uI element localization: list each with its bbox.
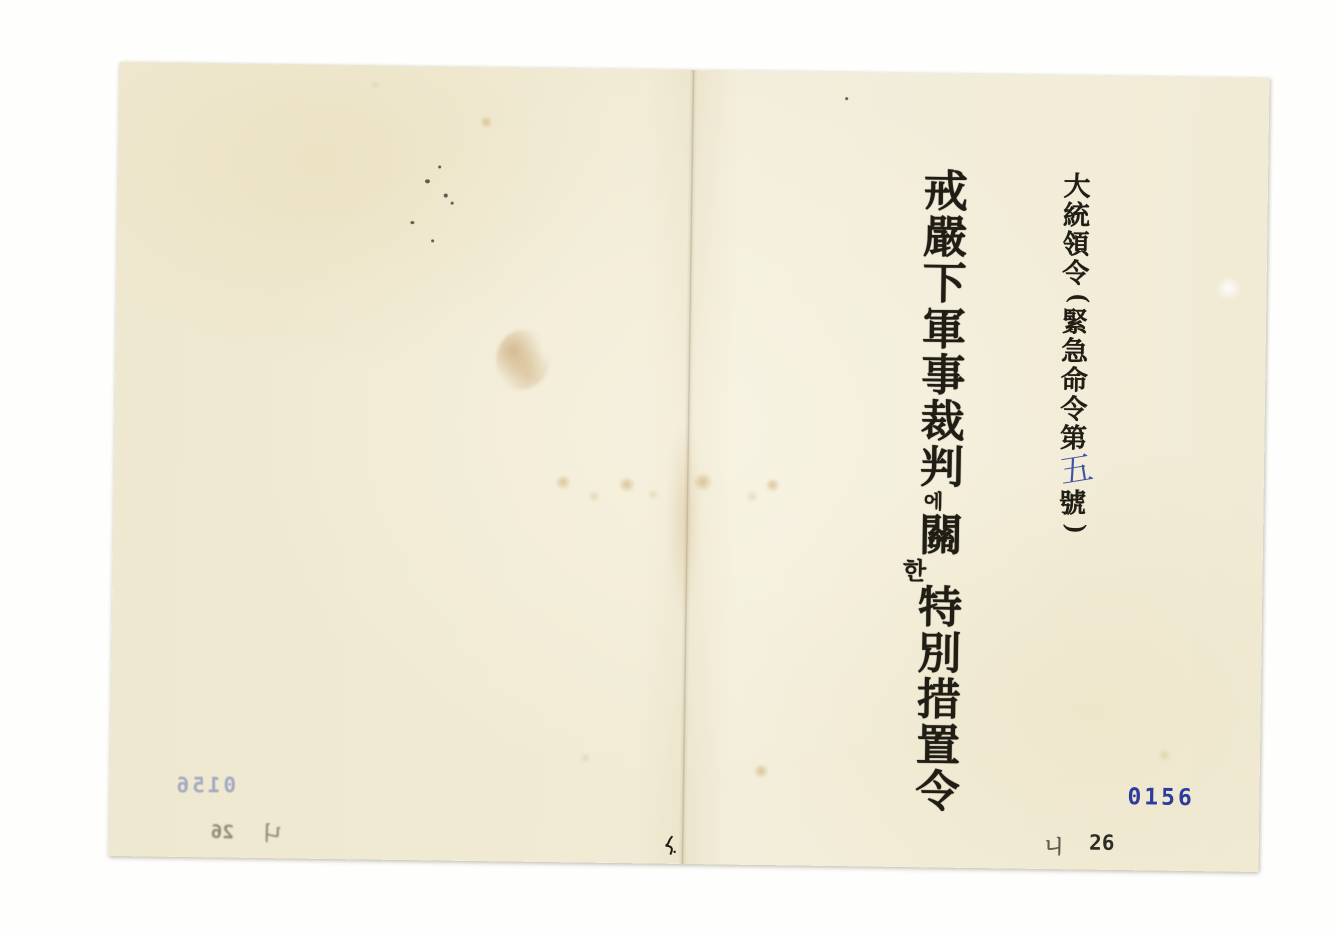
foxing-spot (371, 82, 379, 89)
foxing-spot (556, 476, 572, 489)
scan-background: 大統領令(緊急命令第五號) 戒嚴下軍事裁判에關한特別措置令 0156 니 26 … (0, 0, 1337, 937)
ink-speck (410, 221, 414, 224)
foxing-spot (496, 329, 551, 390)
foxing-spot (580, 754, 591, 763)
foxing-spot (481, 117, 493, 128)
foxing-spot (746, 491, 759, 502)
decree-heading: 大統領令(緊急命令第五號) (1049, 172, 1100, 539)
mirrored-archive-stamp: 0156 (173, 773, 236, 797)
foxing-spot (766, 479, 781, 492)
foxing-spot (648, 489, 659, 499)
document-page: 大統領令(緊急命令第五號) 戒嚴下軍事裁判에關한特別措置令 0156 니 26 … (109, 62, 1270, 872)
ink-speck (444, 194, 448, 198)
document-title: 戒嚴下軍事裁判에關한特別措置令 (901, 169, 982, 816)
page-note-prefix: 니 (1045, 830, 1064, 859)
mirrored-page-note: 니 26 (210, 817, 281, 846)
stray-ink-mark (661, 835, 681, 857)
ink-speck (438, 165, 441, 168)
foxing-spot (619, 478, 637, 492)
page-note-number: 26 (1089, 831, 1115, 860)
ink-speck (451, 202, 454, 205)
foxing-spot (1158, 750, 1171, 761)
archive-number-stamp: 0156 (1127, 784, 1195, 811)
page-note: 니 26 (1045, 830, 1115, 860)
ink-speck (425, 179, 430, 183)
foxing-spot (588, 491, 601, 502)
paper-blemish (1214, 277, 1242, 299)
ink-speck (845, 97, 848, 100)
ink-speck (431, 239, 434, 242)
fold-stain (659, 390, 709, 651)
foxing-spot (754, 765, 770, 778)
